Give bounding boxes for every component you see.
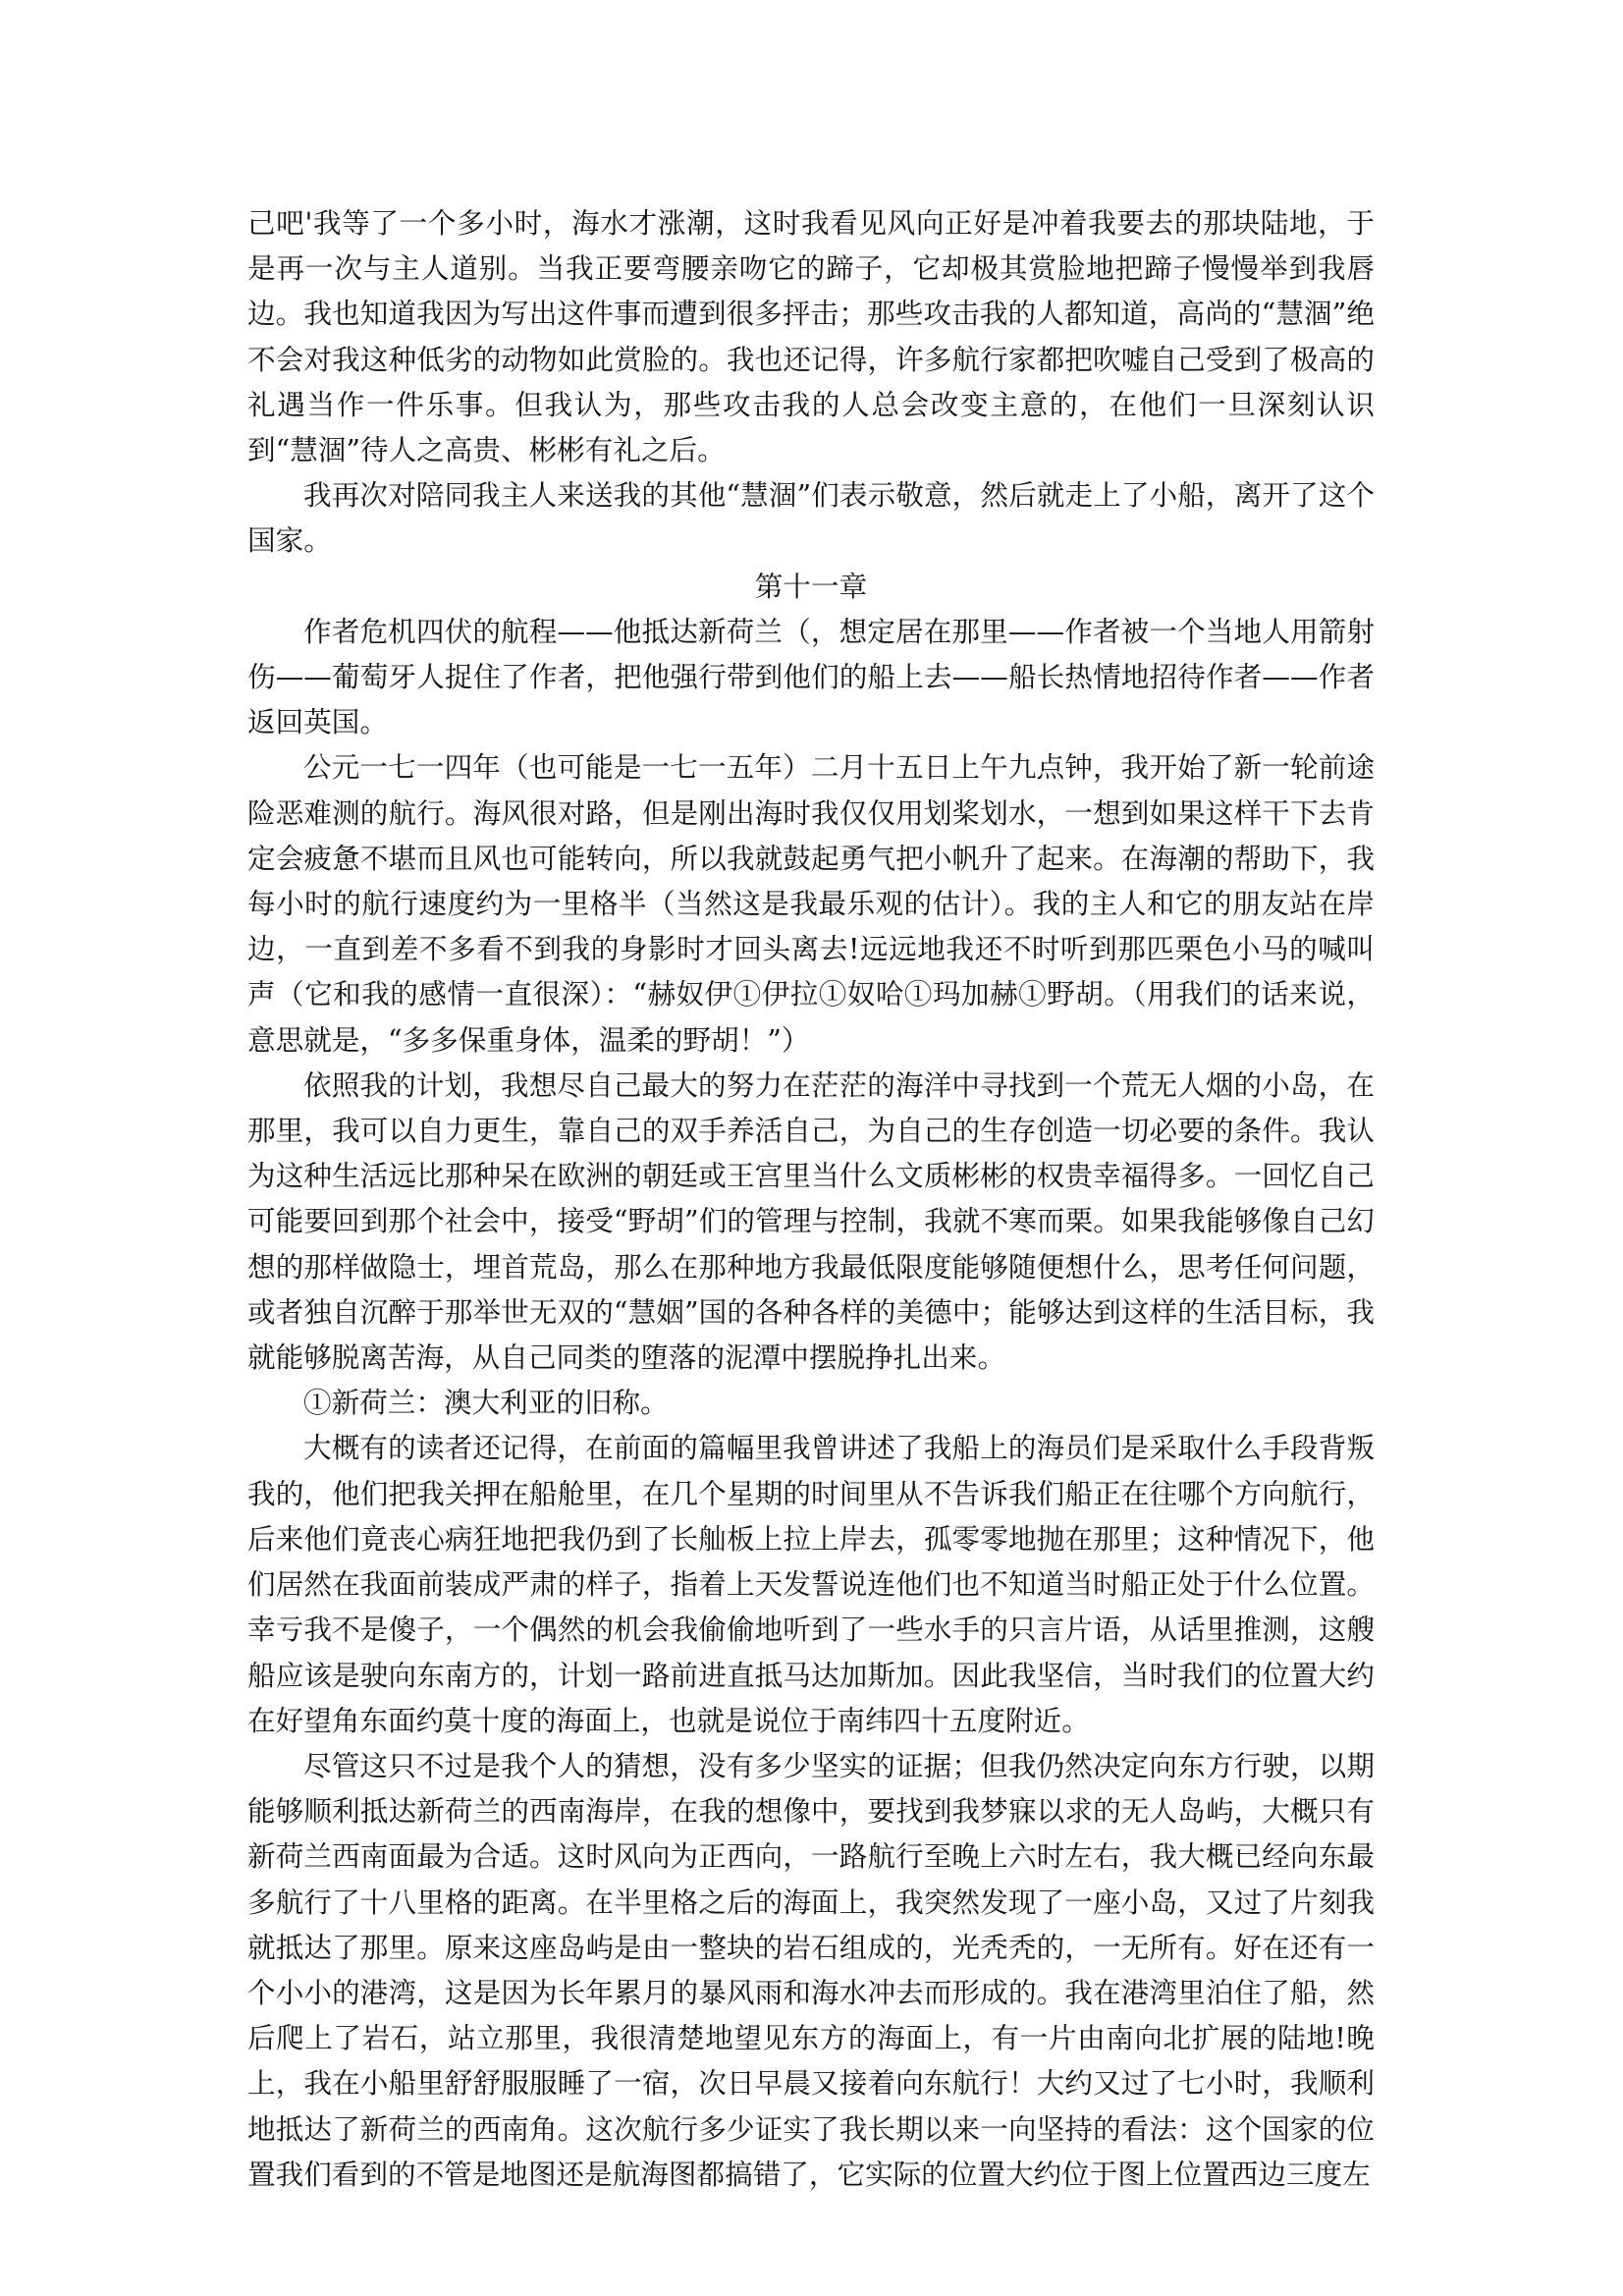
paragraph: 我再次对陪同我主人来送我的其他“慧涸”们表示敬意，然后就走上了小船，离开了这个国… <box>247 472 1375 563</box>
chapter-summary: 作者危机四伏的航程——他抵达新荷兰（，想定居在那里——作者被一个当地人用箭射伤—… <box>247 609 1375 745</box>
paragraph: 己吧'我等了一个多小时，海水才涨潮，这时我看见风向正好是冲着我要去的那块陆地，于… <box>247 200 1375 472</box>
paragraph: 公元一七一四年（也可能是一七一五年）二月十五日上午九点钟，我开始了新一轮前途险恶… <box>247 744 1375 1062</box>
paragraph: 尽管这只不过是我个人的猜想，没有多少坚实的证据；但我仍然决定向东方行驶，以期能够… <box>247 1743 1375 2197</box>
chapter-title: 第十一章 <box>247 564 1375 609</box>
footnote: ①新荷兰：澳大利亚的旧称。 <box>247 1380 1375 1425</box>
paragraph: 大概有的读者还记得，在前面的篇幅里我曾讲述了我船上的海员们是采取什么手段背叛我的… <box>247 1425 1375 1742</box>
document-page: 己吧'我等了一个多小时，海水才涨潮，这时我看见风向正好是冲着我要去的那块陆地，于… <box>247 200 1375 2197</box>
paragraph: 依照我的计划，我想尽自己最大的努力在茫茫的海洋中寻找到一个荒无人烟的小岛，在那里… <box>247 1063 1375 1380</box>
